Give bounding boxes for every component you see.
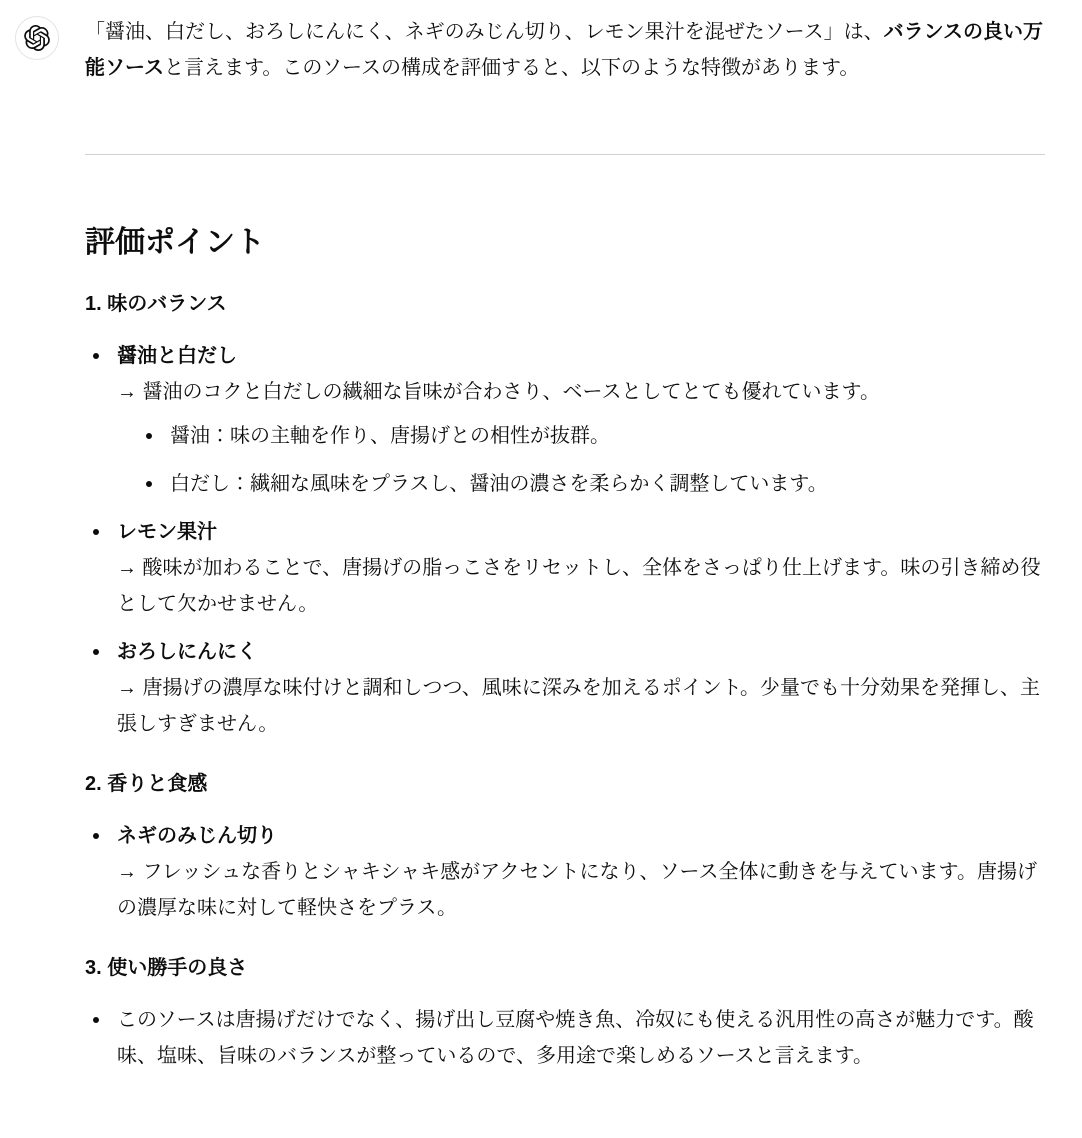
list-item-negi: ネギのみじん切り → フレッシュな香りとシャキシャキ感がアクセントになり、ソース… (117, 818, 1045, 926)
item-label: おろしにんにく (117, 641, 257, 663)
list-item-dashi: 白だし：繊細な風味をプラスし、醤油の濃さを柔らかく調整しています。 (170, 466, 1045, 502)
list-item-lemon: レモン果汁 → 酸味が加わることで、唐揚げの脂っこさをリセットし、全体をさっぱり… (117, 514, 1045, 622)
section-divider (85, 154, 1045, 155)
intro-paragraph: 「醤油、白だし、おろしにんにく、ネギのみじん切り、レモン果汁を混ぜたソース」は、… (85, 14, 1045, 86)
subitem-text: 醤油：味の主軸を作り、唐揚げとの相性が抜群。 (170, 425, 610, 447)
item-label: ネギのみじん切り (117, 825, 277, 847)
nested-bullet-list: 醤油：味の主軸を作り、唐揚げとの相性が抜群。 白だし：繊細な風味をプラスし、醤油… (117, 418, 1045, 502)
assistant-avatar (15, 16, 59, 60)
main-heading: 評価ポイント (85, 223, 1045, 262)
bullet-list-section-1: 醤油と白だし → 醤油のコクと白だしの繊細な旨味が合わさり、ベースとしてとても優… (85, 338, 1045, 742)
item-text: このソースは唐揚げだけでなく、揚げ出し豆腐や焼き魚、冷奴にも使える汎用性の高さが… (117, 1009, 1034, 1067)
item-detail: → 酸味が加わることで、唐揚げの脂っこさをリセットし、全体をさっぱり仕上げます。… (117, 557, 1040, 615)
list-item-garlic: おろしにんにく → 唐揚げの濃厚な味付けと調和しつつ、風味に深みを加えるポイント… (117, 634, 1045, 742)
numbered-heading-1: 1. 味のバランス (85, 286, 1045, 322)
numbered-heading-3: 3. 使い勝手の良さ (85, 950, 1045, 986)
item-label: レモン果汁 (117, 521, 217, 543)
item-label: 醤油と白だし (117, 345, 237, 367)
list-item-soy: 醤油：味の主軸を作り、唐揚げとの相性が抜群。 (170, 418, 1045, 454)
list-item-soy-dashi: 醤油と白だし → 醤油のコクと白だしの繊細な旨味が合わさり、ベースとしてとても優… (117, 338, 1045, 502)
intro-text-pre: 「醤油、白だし、おろしにんにく、ネギのみじん切り、レモン果汁を混ぜたソース」は、 (85, 21, 884, 43)
assistant-message: 「醤油、白だし、おろしにんにく、ネギのみじん切り、レモン果汁を混ぜたソース」は、… (0, 0, 1082, 1074)
subitem-text: 白だし：繊細な風味をプラスし、醤油の濃さを柔らかく調整しています。 (170, 473, 828, 495)
bullet-list-section-2: ネギのみじん切り → フレッシュな香りとシャキシャキ感がアクセントになり、ソース… (85, 818, 1045, 926)
list-item-versatility: このソースは唐揚げだけでなく、揚げ出し豆腐や焼き魚、冷奴にも使える汎用性の高さが… (117, 1002, 1045, 1074)
item-detail: → フレッシュな香りとシャキシャキ感がアクセントになり、ソース全体に動きを与えて… (117, 861, 1037, 919)
bullet-list-section-3: このソースは唐揚げだけでなく、揚げ出し豆腐や焼き魚、冷奴にも使える汎用性の高さが… (85, 1002, 1045, 1074)
openai-logo-icon (24, 25, 50, 51)
item-detail: → 醤油のコクと白だしの繊細な旨味が合わさり、ベースとしてとても優れています。 (117, 381, 880, 403)
item-detail: → 唐揚げの濃厚な味付けと調和しつつ、風味に深みを加えるポイント。少量でも十分効… (117, 677, 1040, 735)
intro-text-post: と言えます。このソースの構成を評価すると、以下のような特徴があります。 (164, 57, 859, 79)
numbered-heading-2: 2. 香りと食感 (85, 766, 1045, 802)
message-content: 「醤油、白だし、おろしにんにく、ネギのみじん切り、レモン果汁を混ぜたソース」は、… (85, 14, 1045, 1074)
